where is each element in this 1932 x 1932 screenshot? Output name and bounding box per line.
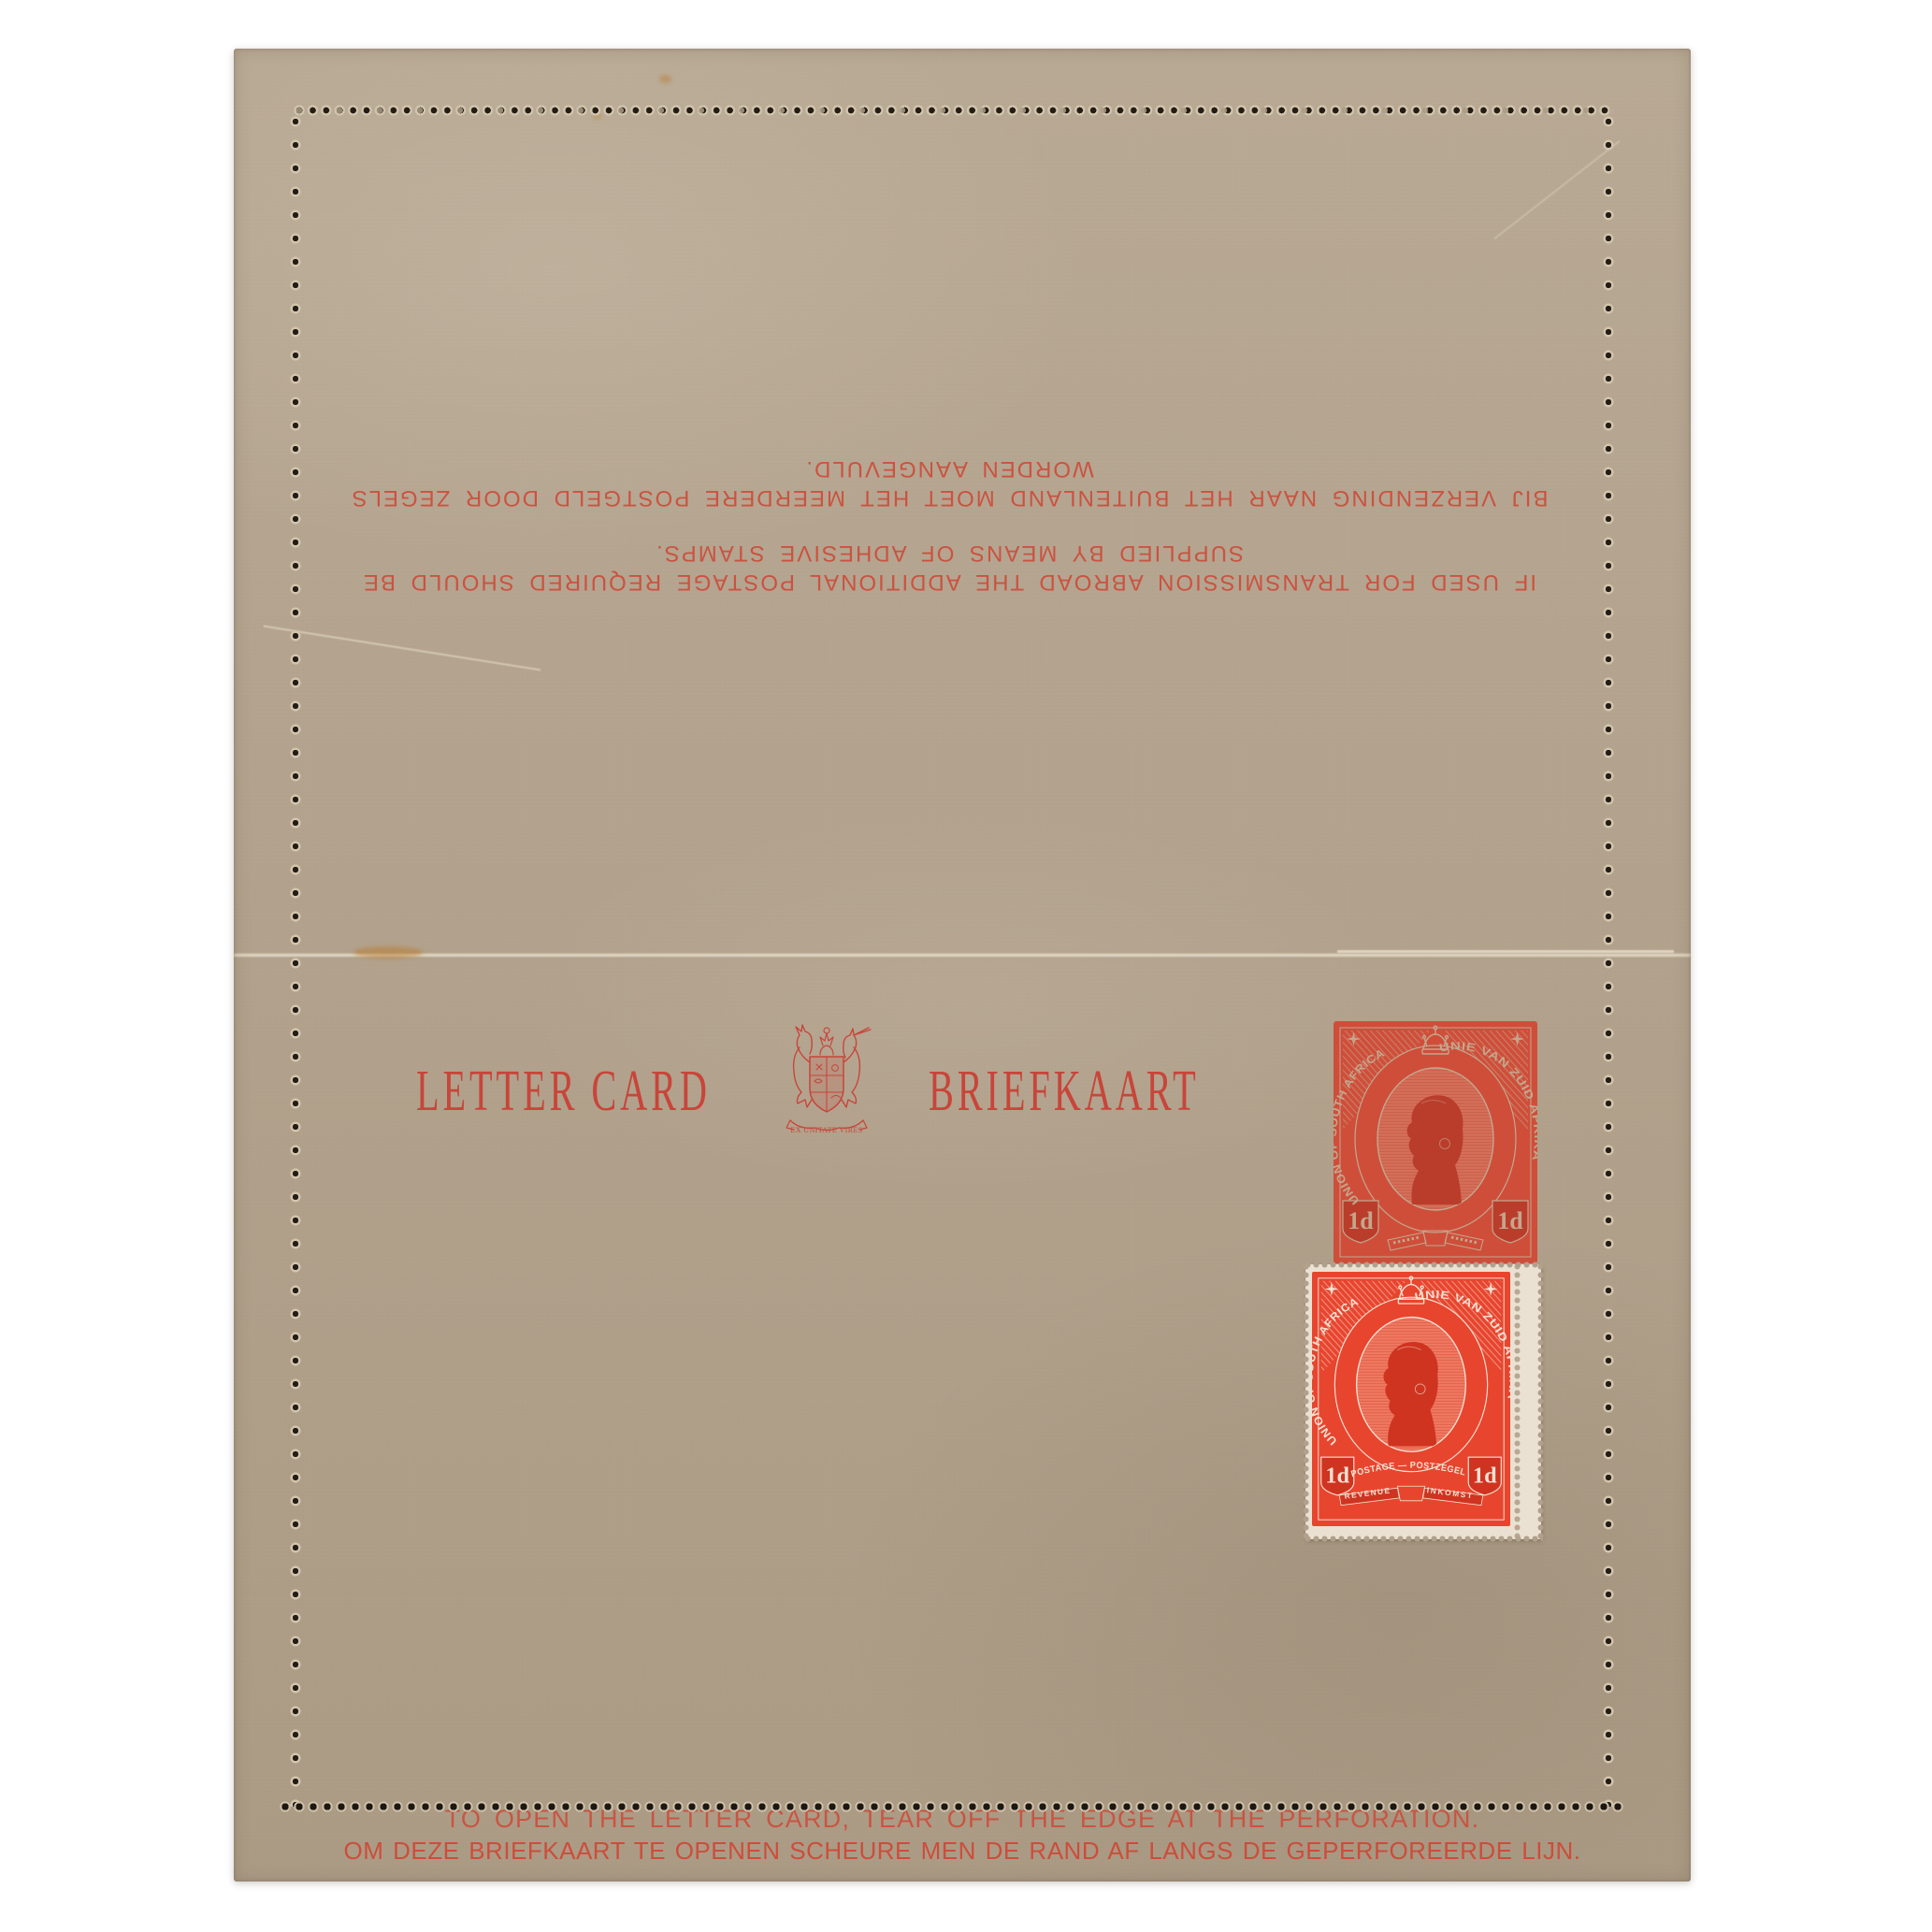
crease-mark [1337, 950, 1674, 953]
rust-stain [593, 112, 601, 120]
reverse-instructions-english: IF USED FOR TRANSMISSION ABROAD THE ADDI… [295, 539, 1604, 597]
perforation-column-right [1601, 110, 1616, 1807]
title-briefkaart: BRIEFKAART [929, 1060, 1200, 1122]
opening-instruction-dutch: OM DEZE BRIEFKAART TE OPENEN SCHEURE MEN… [234, 1837, 1691, 1866]
rust-stain [659, 75, 671, 83]
imprinted-stamp: 1d 1d UNION OF SOUTH AFRICA [1334, 1021, 1537, 1263]
coat-of-arms-motto: EX UNITATE VIRES [790, 1126, 862, 1134]
adhesive-stamp: 1d 1d POSTAGE — POSTZEGEL [1305, 1264, 1541, 1539]
svg-text:1d: 1d [1473, 1463, 1497, 1488]
perforation-row-top [293, 103, 1613, 118]
svg-text:1d: 1d [1325, 1463, 1349, 1488]
reverse-dutch-line2: WORDEN AANGEVULD. [295, 454, 1604, 483]
reverse-english-line2: SUPPLIED BY MEANS OF ADHESIVE STAMPS. [295, 539, 1604, 568]
svg-text:1d: 1d [1348, 1207, 1374, 1234]
perforation-column-left [288, 110, 303, 1807]
value-tablet-right: 1d [1468, 1457, 1501, 1495]
crease-mark [1493, 140, 1620, 239]
fold-crease [234, 952, 1691, 959]
value-tablet-right: 1d [1492, 1201, 1528, 1243]
value-tablet-left: 1d [1343, 1201, 1378, 1243]
scan-page: IF USED FOR TRANSMISSION ABROAD THE ADDI… [0, 0, 1932, 1932]
coat-of-arms: EX UNITATE VIRES [779, 1019, 874, 1145]
reverse-instructions-dutch: BIJ VERZENDING NAAR HET BUITENLAND MOET … [295, 454, 1604, 512]
king-george-profile [1407, 1095, 1463, 1204]
reverse-english-line1: IF USED FOR TRANSMISSION ABROAD THE ADDI… [295, 568, 1604, 597]
svg-text:1d: 1d [1497, 1207, 1523, 1234]
crease-mark [264, 626, 541, 671]
opening-instruction-english: TO OPEN THE LETTER CARD, TEAR OFF THE ED… [234, 1805, 1691, 1834]
letter-card: IF USED FOR TRANSMISSION ABROAD THE ADDI… [234, 49, 1691, 1882]
rust-stain [353, 946, 423, 959]
reverse-instructions: IF USED FOR TRANSMISSION ABROAD THE ADDI… [295, 454, 1604, 597]
paper-texture [234, 49, 1691, 1882]
king-george-profile [1383, 1342, 1437, 1446]
value-tablet-left: 1d [1321, 1457, 1354, 1495]
title-letter-card: LETTER CARD [416, 1060, 711, 1122]
reverse-dutch-line1: BIJ VERZENDING NAAR HET BUITENLAND MOET … [295, 483, 1604, 512]
